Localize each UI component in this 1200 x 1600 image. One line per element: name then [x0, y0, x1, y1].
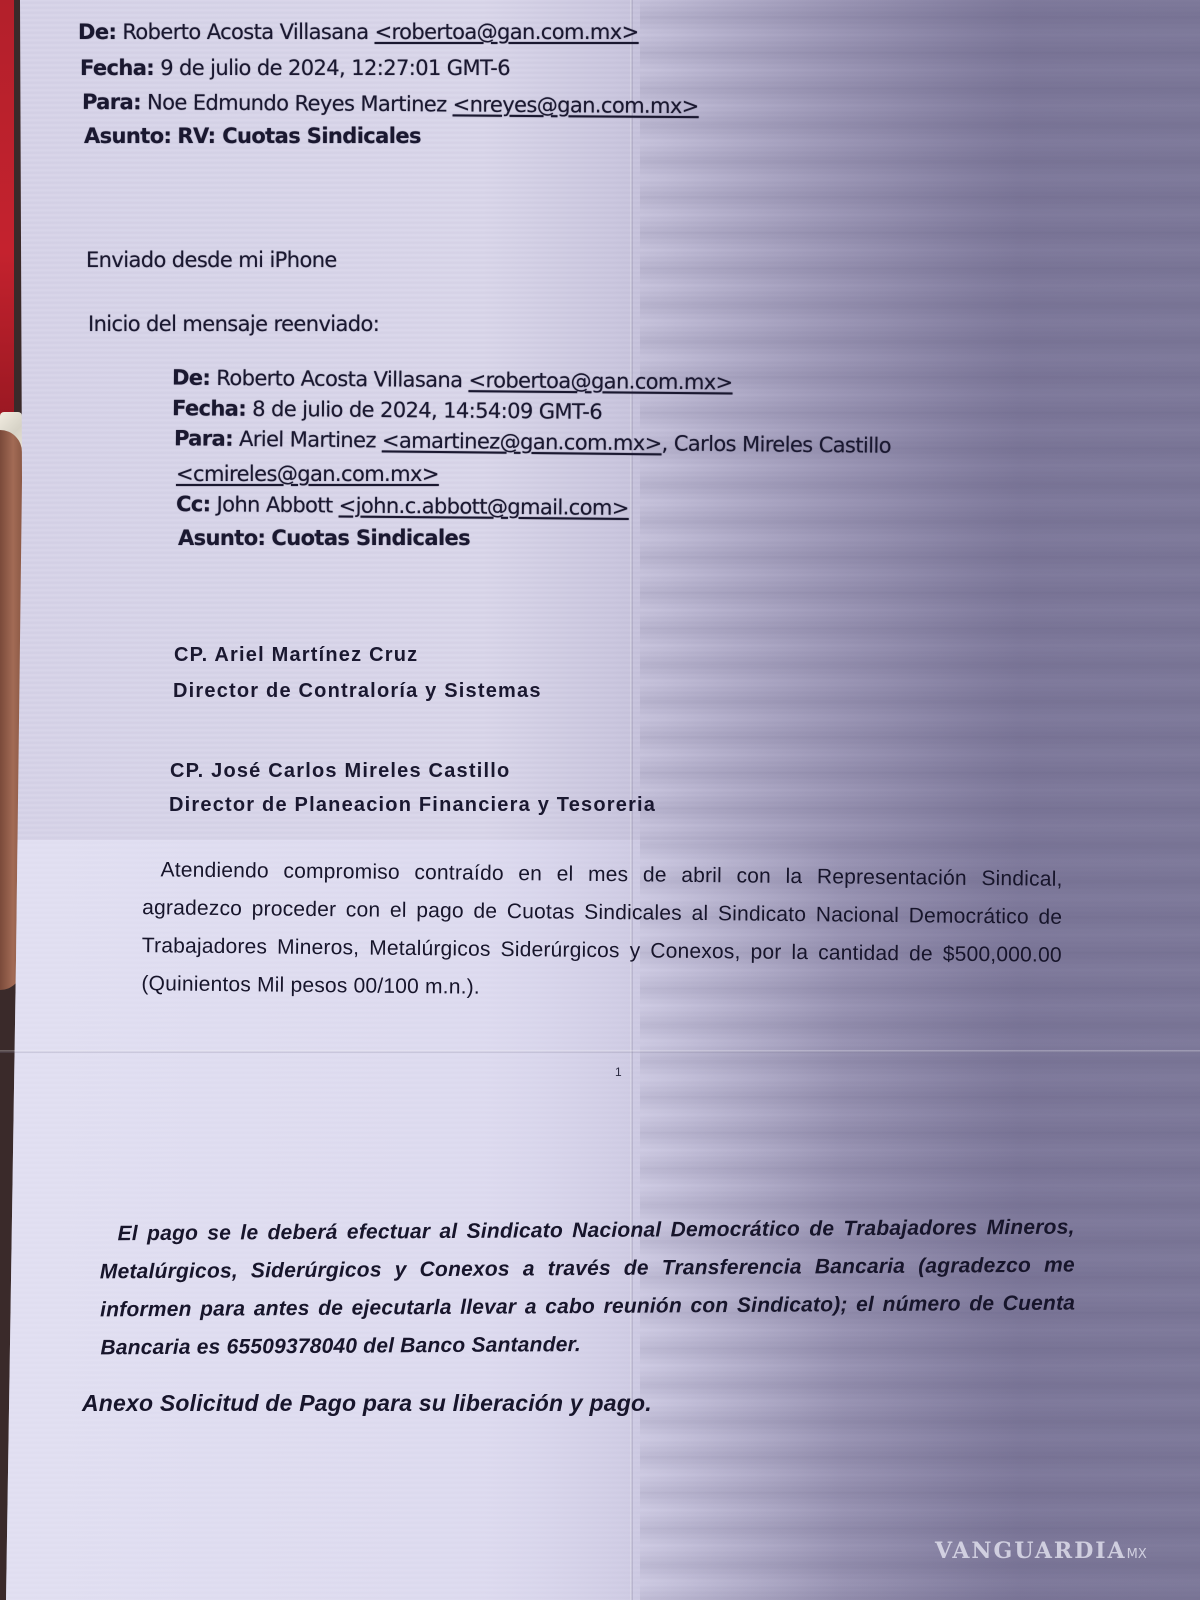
header-from: De: Roberto Acosta Villasana <robertoa@g…: [78, 20, 639, 44]
fwd-to-label: Para:: [174, 426, 233, 451]
fwd-to-email-1-link[interactable]: <amartinez@gan.com.mx>: [382, 428, 662, 455]
date-value: 9 de julio de 2024, 12:27:01 GMT-6: [160, 56, 510, 80]
fwd-subject: Asunto: Cuotas Sindicales: [178, 526, 470, 550]
fwd-to-continued: <cmireles@gan.com.mx>: [176, 462, 439, 486]
body-paragraph-1: Atendiendo compromiso contraído en el me…: [141, 851, 1063, 1013]
fwd-to-separator: ,: [662, 431, 668, 455]
watermark-suffix: MX: [1127, 1547, 1147, 1562]
fwd-to-email-2-link[interactable]: <cmireles@gan.com.mx>: [176, 462, 439, 486]
fwd-from-label: De:: [172, 366, 210, 390]
fwd-cc-email-link[interactable]: <john.c.abbott@gmail.com>: [339, 493, 629, 520]
from-name: Roberto Acosta Villasana: [122, 20, 368, 44]
fwd-to: Para: Ariel Martinez <amartinez@gan.com.…: [174, 426, 891, 458]
page-number: 1: [615, 1065, 622, 1079]
recipient-1-title: Director de Contraloría y Sistemas: [173, 680, 542, 703]
header-to: Para: Noe Edmundo Reyes Martinez <nreyes…: [82, 90, 699, 118]
recipient-1-name: CP. Ariel Martínez Cruz: [174, 644, 418, 667]
from-email-link[interactable]: <robertoa@gan.com.mx>: [375, 20, 639, 44]
fwd-to-name-2: Carlos Mireles Castillo: [674, 431, 891, 457]
body-paragraph-2: El pago se le deberá efectuar al Sindica…: [99, 1209, 1075, 1368]
to-email-link[interactable]: <nreyes@gan.com.mx>: [453, 92, 699, 118]
watermark-brand: VANGUARDIA: [935, 1538, 1127, 1564]
to-label: Para:: [82, 90, 141, 114]
fwd-cc-name: John Abbott: [216, 492, 332, 517]
fwd-from: De: Roberto Acosta Villasana <robertoa@g…: [172, 366, 733, 395]
fwd-cc: Cc: John Abbott <john.c.abbott@gmail.com…: [176, 492, 629, 520]
header-subject: Asunto: RV: Cuotas Sindicales: [84, 124, 421, 148]
annex-note: Anexo Solicitud de Pago para su liberaci…: [82, 1384, 782, 1422]
document-content: De: Roberto Acosta Villasana <robertoa@g…: [0, 0, 1200, 1600]
from-label: De:: [78, 20, 116, 44]
header-date: Fecha: 9 de julio de 2024, 12:27:01 GMT-…: [80, 56, 510, 80]
recipient-2-title: Director de Planeacion Financiera y Teso…: [169, 794, 656, 817]
fwd-date-value: 8 de julio de 2024, 14:54:09 GMT-6: [252, 397, 602, 424]
fwd-date-label: Fecha:: [172, 396, 246, 421]
forward-intro: Inicio del mensaje reenviado:: [88, 312, 379, 336]
sent-from-note: Enviado desde mi iPhone: [86, 248, 337, 272]
fwd-from-name: Roberto Acosta Villasana: [216, 366, 462, 392]
subject-label: Asunto:: [84, 124, 171, 148]
fwd-from-email-link[interactable]: <robertoa@gan.com.mx>: [468, 368, 732, 394]
date-label: Fecha:: [80, 56, 154, 80]
to-name: Noe Edmundo Reyes Martinez: [147, 90, 447, 116]
fwd-cc-label: Cc:: [176, 492, 211, 516]
vanguardia-watermark: VANGUARDIAMX: [935, 1538, 1147, 1564]
subject-value: RV: Cuotas Sindicales: [177, 124, 420, 148]
fwd-to-name-1: Ariel Martinez: [239, 427, 376, 452]
recipient-2-name: CP. José Carlos Mireles Castillo: [170, 760, 510, 783]
fwd-subject-value: Cuotas Sindicales: [271, 526, 470, 550]
fwd-subject-label: Asunto:: [178, 526, 265, 550]
fwd-date: Fecha: 8 de julio de 2024, 14:54:09 GMT-…: [172, 396, 602, 424]
